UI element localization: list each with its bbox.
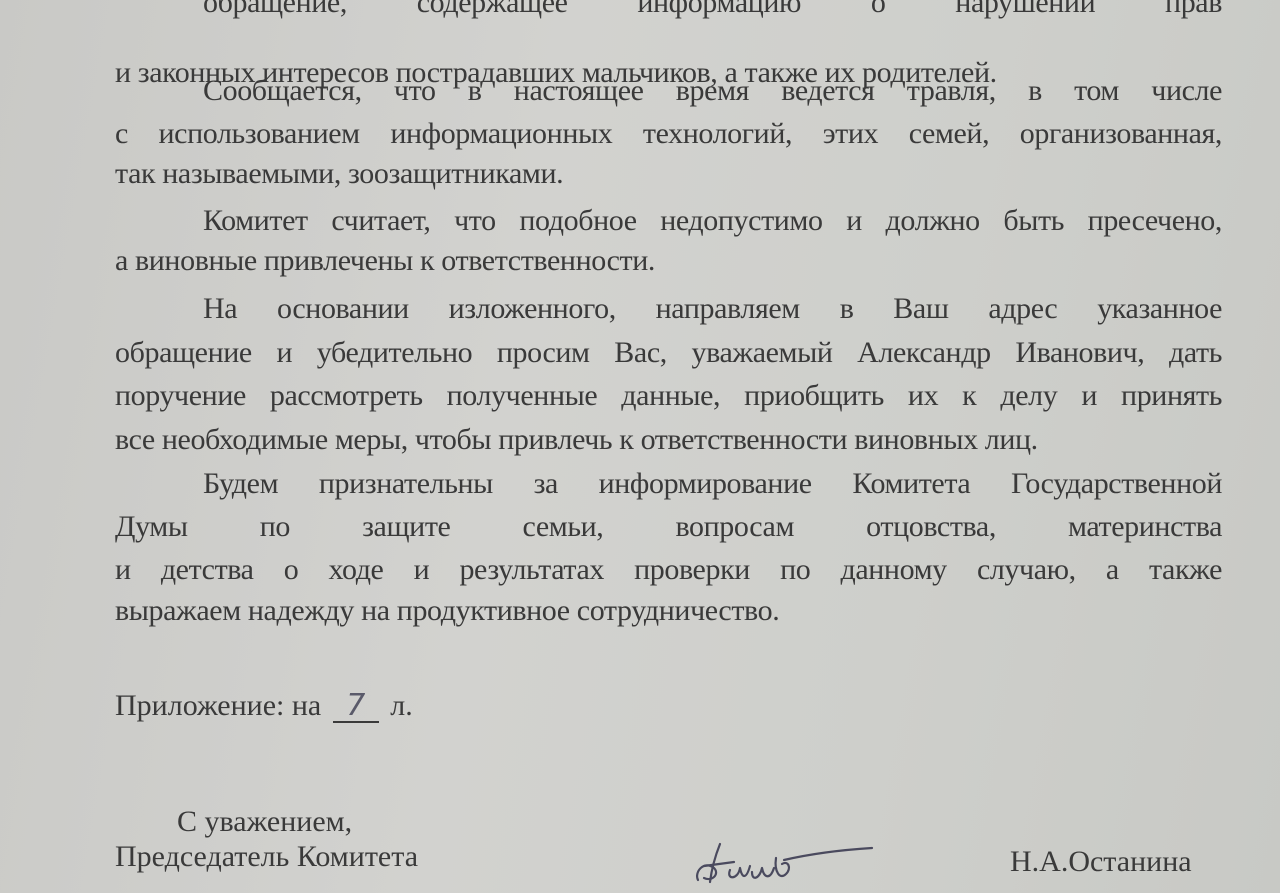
text-line: поручение рассмотреть полученные данные,… (115, 379, 1222, 413)
text-line: так называемыми, зоозащитниками. (115, 157, 1222, 191)
paragraph-first-line: Будем признательны за информирование Ком… (203, 467, 1222, 501)
text-line: и детства о ходе и результатах проверки … (115, 553, 1222, 587)
text-line: обращение и убедительно просим Вас, уваж… (115, 336, 1222, 370)
closing-regards: С уважением, (177, 805, 352, 839)
text-line: Думы по защите семьи, вопросам отцовства… (115, 510, 1222, 544)
signer-name: Н.А.Останина (1010, 845, 1192, 879)
paragraph-first-line: Комитет считает, что подобное недопустим… (203, 204, 1222, 238)
text-line: с использованием информационных технолог… (115, 117, 1222, 151)
attachment-note: Приложение: на 7 л. (115, 689, 413, 723)
handwritten-signature-icon (690, 838, 880, 888)
text-line: все необходимые меры, чтобы привлечь к о… (115, 423, 1222, 457)
text-line: обращение, содержащее информацию о наруш… (203, 0, 1222, 20)
text-line: выражаем надежду на продуктивное сотрудн… (115, 594, 1222, 628)
paragraph-first-line: Сообщается, что в настоящее время ведетс… (203, 74, 1222, 108)
attachment-suffix: л. (390, 689, 412, 722)
attachment-prefix: Приложение: на (115, 689, 321, 722)
document-page: обращение, содержащее информацию о наруш… (0, 0, 1280, 893)
signer-position: Председатель Комитета (115, 840, 418, 874)
paragraph-first-line: На основании изложенного, направляем в В… (203, 292, 1222, 326)
text-line: а виновные привлечены к ответственности. (115, 244, 1222, 278)
attachment-page-count: 7 (333, 691, 379, 723)
